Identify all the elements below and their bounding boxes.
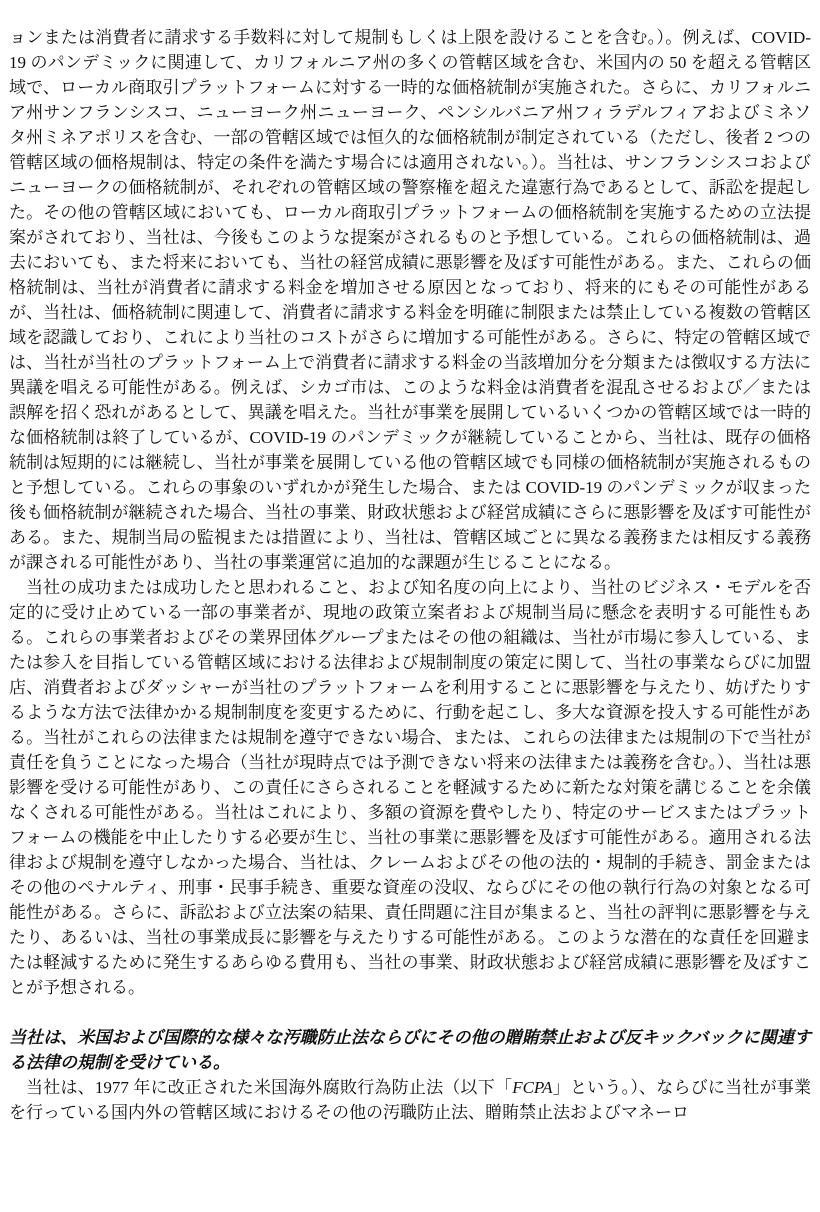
fcpa-paragraph-lead: 当社は、1977 年に改正された米国海外腐敗行為防止法（以下「 — [26, 1078, 512, 1097]
document-page: ョンまたは消費者に請求する手数料に対して規制もしくは上限を設けることを含む。）。… — [0, 0, 820, 1212]
body-paragraph-fcpa: 当社は、1977 年に改正された米国海外腐敗行為防止法（以下「FCPA」という。… — [9, 1075, 811, 1125]
fcpa-term: FCPA — [512, 1078, 552, 1097]
section-heading-anticorruption-laws: 当社は、米国および国際的な様々な汚職防止法ならびにその他の贈賄禁止および反キック… — [9, 1025, 811, 1075]
body-paragraph-business-model-opposition: 当社の成功または成功したと思われること、および知名度の向上により、当社のビジネス… — [9, 575, 811, 1000]
body-paragraph-price-controls: ョンまたは消費者に請求する手数料に対して規制もしくは上限を設けることを含む。）。… — [9, 25, 811, 575]
